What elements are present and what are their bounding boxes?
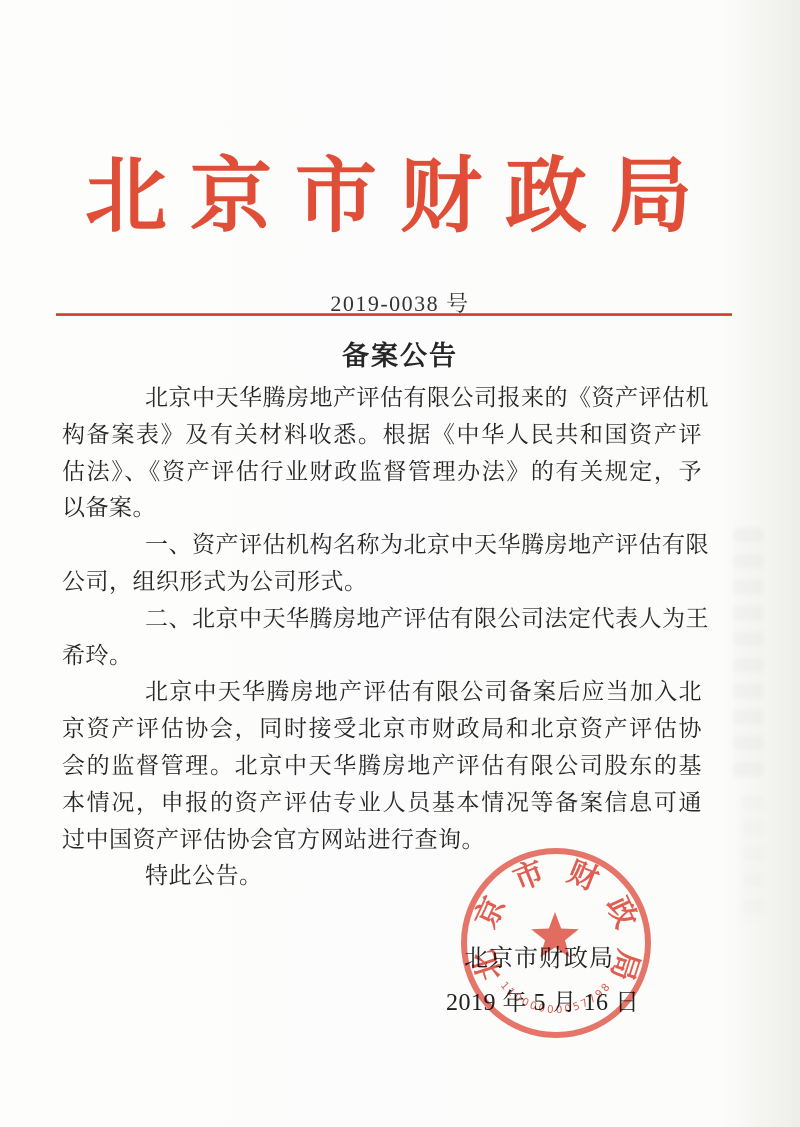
document-title: 备案公告 — [0, 334, 800, 373]
body-line: 估法》、《资产评估行业财政监督管理办法》的有关规定，予 — [62, 454, 702, 491]
scan-bleedthrough-artifact — [733, 528, 763, 778]
official-seal: 北 京 市 财 政 局 11000000057798 — [448, 846, 664, 1056]
scan-bleedthrough-artifact — [742, 795, 764, 925]
body-line: 以备案。 — [62, 490, 702, 527]
star-icon — [531, 912, 579, 957]
body-line: 本情况，申报的资产评估专业人员基本情况等备案信息可通 — [62, 785, 702, 822]
red-divider-rule — [56, 313, 732, 316]
body-line: 一、资产评估机构名称为北京中天华腾房地产评估有限 — [62, 527, 702, 564]
body-line: 北京中天华腾房地产评估有限公司报来的《资产评估机 — [62, 380, 702, 417]
body-line: 会的监督管理。北京中天华腾房地产评估有限公司股东的基 — [62, 748, 702, 785]
issuing-agency-title: 北京市财政局 — [0, 150, 800, 244]
scanned-document-page: 北京市财政局 2019-0038 号 备案公告 北京中天华腾房地产评估有限公司报… — [0, 0, 800, 1127]
seal-code: 11000000057798 — [498, 980, 614, 1017]
body-line: 京资产评估协会，同时接受北京市财政局和北京资产评估协 — [62, 711, 702, 748]
body-line: 北京中天华腾房地产评估有限公司备案后应当加入北 — [62, 674, 702, 711]
body-line: 二、北京中天华腾房地产评估有限公司法定代表人为王 — [62, 601, 702, 638]
body-line: 构备案表》及有关材料收悉。根据《中华人民共和国资产评 — [62, 417, 702, 454]
document-body: 北京中天华腾房地产评估有限公司报来的《资产评估机 构备案表》及有关材料收悉。根据… — [62, 380, 704, 895]
body-line: 公司，组织形式为公司形式。 — [62, 564, 702, 601]
body-line: 希玲。 — [62, 638, 702, 675]
